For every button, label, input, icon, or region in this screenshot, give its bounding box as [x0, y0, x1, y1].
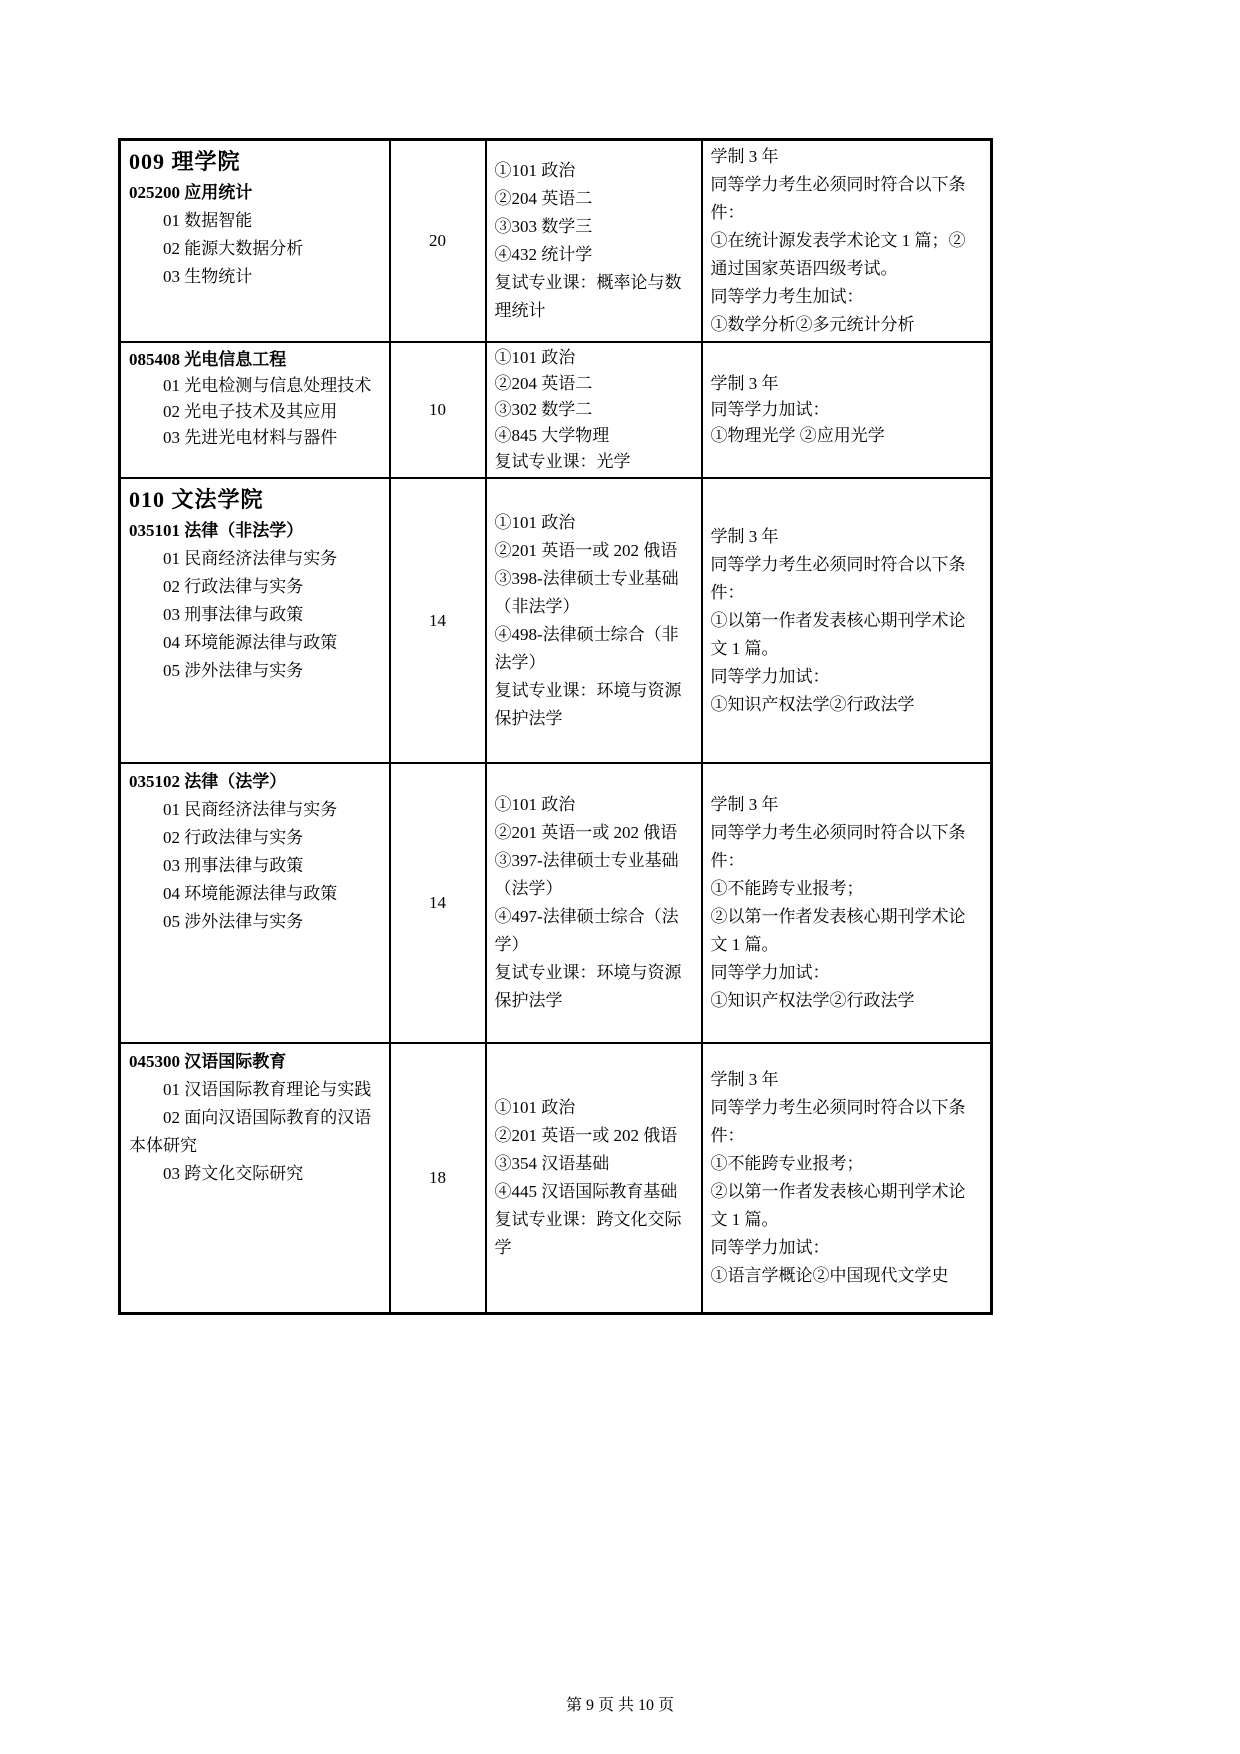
exam-subjects-cell: ①101 政治 ②204 英语二 ③302 数学二 ④845 大学物理 复试专业…: [486, 342, 702, 478]
remark-line: 学制 3 年: [711, 523, 983, 551]
direction-item: 02 行政法律与实务: [129, 824, 381, 852]
direction-item: 01 数据智能: [129, 207, 381, 235]
school-header: 010 文法学院: [129, 483, 381, 517]
exam-subject: ①101 政治: [495, 791, 693, 819]
direction-item: 02 光电子技术及其应用: [129, 399, 381, 425]
remark-line: 学制 3 年: [711, 371, 983, 397]
exam-subjects-cell: ①101 政治 ②204 英语二 ③303 数学三 ④432 统计学 复试专业课…: [486, 140, 702, 343]
direction-item: 02 面向汉语国际教育的汉语本体研究: [129, 1104, 381, 1160]
exam-subject: ②201 英语一或 202 俄语: [495, 537, 693, 565]
direction-item: 01 民商经济法律与实务: [129, 796, 381, 824]
remarks-cell: 学制 3 年 同等学力考生必须同时符合以下条件： ①不能跨专业报考； ②以第一作…: [702, 1043, 992, 1313]
direction-item: 05 涉外法律与实务: [129, 657, 381, 685]
school-header: 009 理学院: [129, 145, 381, 179]
remark-line: 同等学力考生必须同时符合以下条件：: [711, 551, 983, 607]
remark-line: ①数学分析②多元统计分析: [711, 311, 983, 339]
document-page: 009 理学院 025200 应用统计 01 数据智能 02 能源大数据分析 0…: [0, 0, 1240, 1754]
remark-line: 同等学力加试：: [711, 1234, 983, 1262]
direction-item: 01 民商经济法律与实务: [129, 545, 381, 573]
remarks-cell: 学制 3 年 同等学力加试： ①物理光学 ②应用光学: [702, 342, 992, 478]
program-cell: 010 文法学院 035101 法律（非法学） 01 民商经济法律与实务 02 …: [120, 478, 390, 763]
remark-line: 同等学力考生加试：: [711, 283, 983, 311]
remark-line: 学制 3 年: [711, 791, 983, 819]
exam-subject: ④845 大学物理: [495, 423, 693, 449]
exam-subject: 复试专业课：环境与资源保护法学: [495, 677, 693, 733]
remark-line: ②以第一作者发表核心期刊学术论文 1 篇。: [711, 903, 983, 959]
remark-line: 学制 3 年: [711, 143, 983, 171]
enrollment-count: 18: [390, 1043, 486, 1313]
exam-subject: ④445 汉语国际教育基础: [495, 1178, 693, 1206]
program-cell: 045300 汉语国际教育 01 汉语国际教育理论与实践 02 面向汉语国际教育…: [120, 1043, 390, 1313]
exam-subject: ④432 统计学: [495, 241, 693, 269]
exam-subject: ①101 政治: [495, 157, 693, 185]
remark-line: ①以第一作者发表核心期刊学术论文 1 篇。: [711, 607, 983, 663]
table-row: 035102 法律（法学） 01 民商经济法律与实务 02 行政法律与实务 03…: [120, 763, 992, 1043]
exam-subject: ③303 数学三: [495, 213, 693, 241]
exam-subject: 复试专业课：环境与资源保护法学: [495, 959, 693, 1015]
exam-subject: ①101 政治: [495, 345, 693, 371]
admissions-table: 009 理学院 025200 应用统计 01 数据智能 02 能源大数据分析 0…: [118, 138, 993, 1315]
program-title: 035102 法律（法学）: [129, 768, 381, 796]
exam-subject: 复试专业课：概率论与数理统计: [495, 269, 693, 325]
exam-subject: 复试专业课：光学: [495, 449, 693, 475]
remark-line: ①不能跨专业报考；: [711, 1150, 983, 1178]
direction-item: 01 光电检测与信息处理技术: [129, 373, 381, 399]
direction-item: 03 跨文化交际研究: [129, 1160, 381, 1188]
exam-subject: ①101 政治: [495, 1094, 693, 1122]
remark-line: 同等学力加试：: [711, 959, 983, 987]
program-cell: 009 理学院 025200 应用统计 01 数据智能 02 能源大数据分析 0…: [120, 140, 390, 343]
remark-line: 同等学力考生必须同时符合以下条件：: [711, 1094, 983, 1150]
remark-line: 同等学力考生必须同时符合以下条件：: [711, 171, 983, 227]
table-row: 045300 汉语国际教育 01 汉语国际教育理论与实践 02 面向汉语国际教育…: [120, 1043, 992, 1313]
remark-line: ①语言学概论②中国现代文学史: [711, 1262, 983, 1290]
remark-line: ①知识产权法学②行政法学: [711, 987, 983, 1015]
remark-line: 同等学力加试：: [711, 663, 983, 691]
program-cell: 085408 光电信息工程 01 光电检测与信息处理技术 02 光电子技术及其应…: [120, 342, 390, 478]
program-title: 025200 应用统计: [129, 179, 381, 207]
exam-subject: ①101 政治: [495, 509, 693, 537]
exam-subject: ③398-法律硕士专业基础（非法学）: [495, 565, 693, 621]
remark-line: ②以第一作者发表核心期刊学术论文 1 篇。: [711, 1178, 983, 1234]
page-footer: 第 9 页 共 10 页: [0, 1692, 1240, 1715]
table-row: 085408 光电信息工程 01 光电检测与信息处理技术 02 光电子技术及其应…: [120, 342, 992, 478]
direction-item: 02 能源大数据分析: [129, 235, 381, 263]
direction-item: 03 生物统计: [129, 263, 381, 291]
exam-subject: ④498-法律硕士综合（非法学）: [495, 621, 693, 677]
remark-line: 同等学力加试：: [711, 397, 983, 423]
exam-subject: ②204 英语二: [495, 185, 693, 213]
direction-item: 04 环境能源法律与政策: [129, 880, 381, 908]
remark-line: ①在统计源发表学术论文 1 篇；②通过国家英语四级考试。: [711, 227, 983, 283]
exam-subject: ③397-法律硕士专业基础（法学）: [495, 847, 693, 903]
program-cell: 035102 法律（法学） 01 民商经济法律与实务 02 行政法律与实务 03…: [120, 763, 390, 1043]
exam-subject: ④497-法律硕士综合（法学）: [495, 903, 693, 959]
remarks-cell: 学制 3 年 同等学力考生必须同时符合以下条件： ①在统计源发表学术论文 1 篇…: [702, 140, 992, 343]
table-row: 009 理学院 025200 应用统计 01 数据智能 02 能源大数据分析 0…: [120, 140, 992, 343]
remarks-cell: 学制 3 年 同等学力考生必须同时符合以下条件： ①以第一作者发表核心期刊学术论…: [702, 478, 992, 763]
enrollment-count: 14: [390, 763, 486, 1043]
program-title: 035101 法律（非法学）: [129, 517, 381, 545]
direction-item: 03 先进光电材料与器件: [129, 425, 381, 451]
exam-subject: ③354 汉语基础: [495, 1150, 693, 1178]
remark-line: ①不能跨专业报考；: [711, 875, 983, 903]
enrollment-count: 10: [390, 342, 486, 478]
remark-line: ①知识产权法学②行政法学: [711, 691, 983, 719]
exam-subject: ②204 英语二: [495, 371, 693, 397]
exam-subject: ③302 数学二: [495, 397, 693, 423]
exam-subjects-cell: ①101 政治 ②201 英语一或 202 俄语 ③398-法律硕士专业基础（非…: [486, 478, 702, 763]
direction-item: 03 刑事法律与政策: [129, 601, 381, 629]
direction-item: 03 刑事法律与政策: [129, 852, 381, 880]
direction-item: 02 行政法律与实务: [129, 573, 381, 601]
exam-subjects-cell: ①101 政治 ②201 英语一或 202 俄语 ③354 汉语基础 ④445 …: [486, 1043, 702, 1313]
enrollment-count: 14: [390, 478, 486, 763]
exam-subject: ②201 英语一或 202 俄语: [495, 819, 693, 847]
exam-subject: ②201 英语一或 202 俄语: [495, 1122, 693, 1150]
exam-subject: 复试专业课：跨文化交际学: [495, 1206, 693, 1262]
remark-line: ①物理光学 ②应用光学: [711, 423, 983, 449]
table-row: 010 文法学院 035101 法律（非法学） 01 民商经济法律与实务 02 …: [120, 478, 992, 763]
exam-subjects-cell: ①101 政治 ②201 英语一或 202 俄语 ③397-法律硕士专业基础（法…: [486, 763, 702, 1043]
program-title: 085408 光电信息工程: [129, 347, 381, 373]
remarks-cell: 学制 3 年 同等学力考生必须同时符合以下条件： ①不能跨专业报考； ②以第一作…: [702, 763, 992, 1043]
remark-line: 同等学力考生必须同时符合以下条件：: [711, 819, 983, 875]
direction-item: 04 环境能源法律与政策: [129, 629, 381, 657]
direction-item: 05 涉外法律与实务: [129, 908, 381, 936]
enrollment-count: 20: [390, 140, 486, 343]
remark-line: 学制 3 年: [711, 1066, 983, 1094]
direction-item: 01 汉语国际教育理论与实践: [129, 1076, 381, 1104]
program-title: 045300 汉语国际教育: [129, 1048, 381, 1076]
